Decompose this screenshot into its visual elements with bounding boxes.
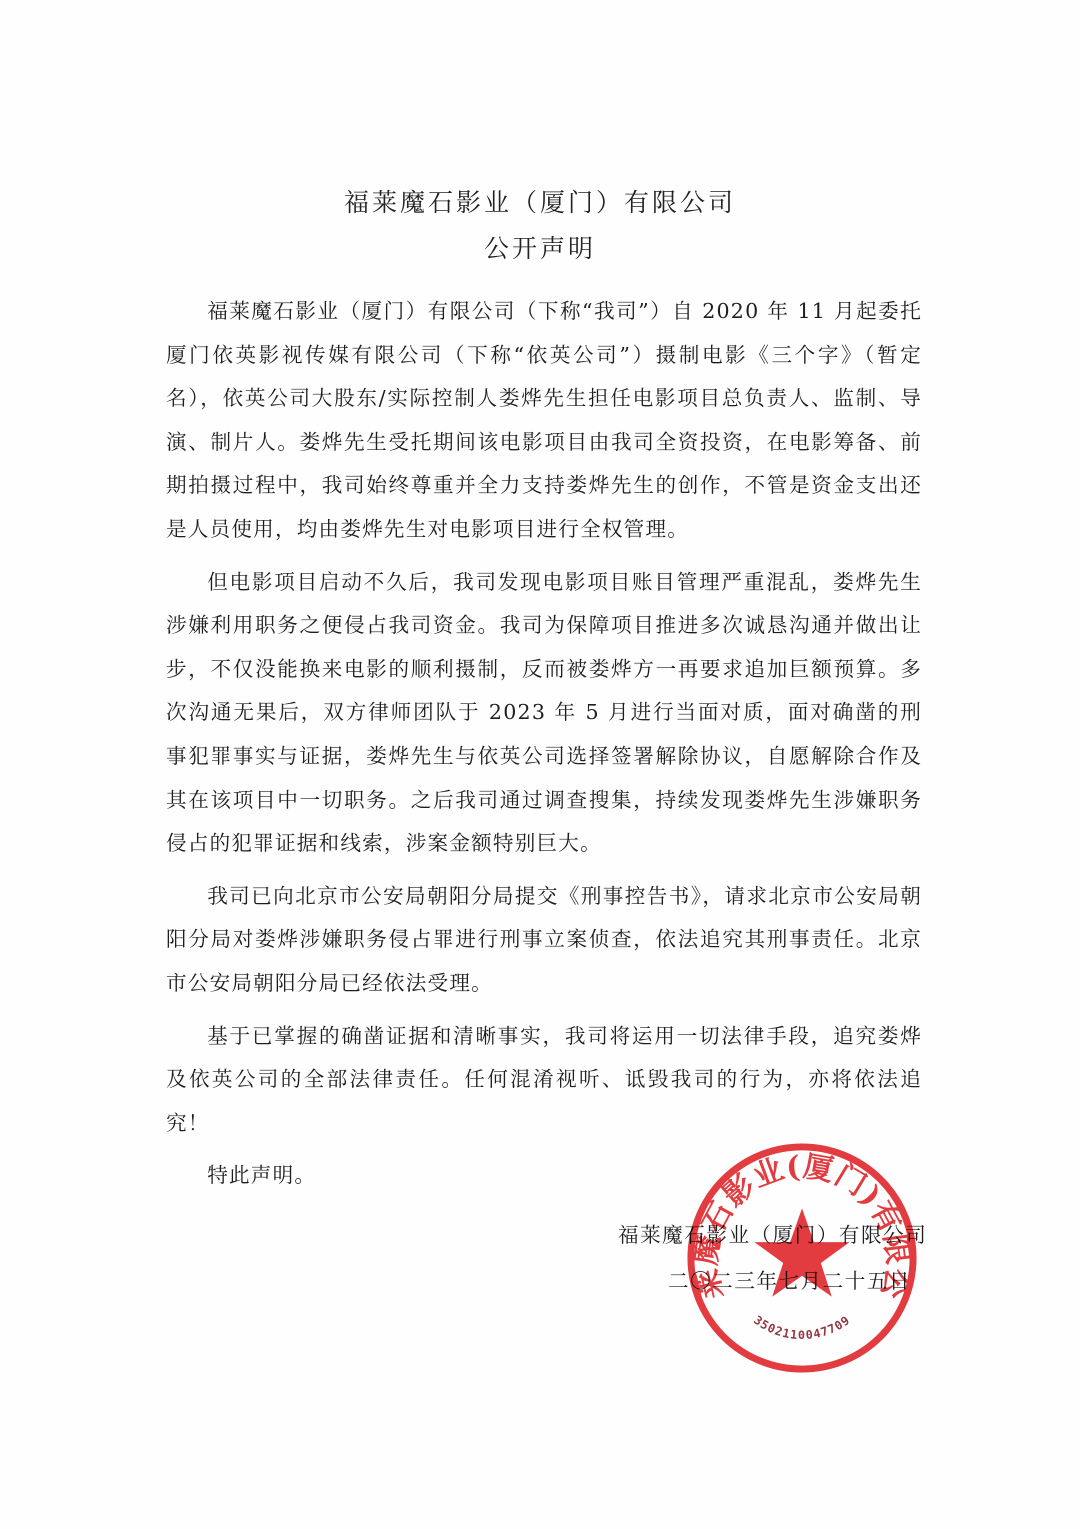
document-page: 福莱魔石影业（厦门）有限公司 公开声明 福莱魔石影业（厦门）有限公司（下称“我司… [0,0,1080,1529]
paragraph-1: 福莱魔石影业（厦门）有限公司（下称“我司”）自 2020 年 11 月起委托厦门… [166,290,922,552]
title-block: 福莱魔石影业（厦门）有限公司 公开声明 [0,180,1080,272]
company-seal-stamp: 福莱魔石影业(厦门)有限公司 3502110047709 [683,1139,921,1377]
company-title: 福莱魔石影业（厦门）有限公司 [0,180,1080,226]
svg-text:3502110047709: 3502110047709 [751,1313,853,1342]
paragraph-2: 但电影项目启动不久后，我司发现电影项目账目管理严重混乱，娄烨先生涉嫌利用职务之便… [166,561,922,866]
seal-icon: 福莱魔石影业(厦门)有限公司 3502110047709 [683,1139,921,1377]
paragraph-3: 我司已向北京市公安局朝阳分局提交《刑事控告书》，请求北京市公安局朝阳分局对娄烨涉… [166,875,922,1006]
statement-heading: 公开声明 [0,226,1080,272]
star-icon [754,1208,849,1296]
seal-serial: 3502110047709 [751,1313,853,1342]
paragraph-4: 基于已掌握的确凿证据和清晰事实，我司将运用一切法律手段，追究娄烨及依英公司的全部… [166,1015,922,1146]
statement-body: 福莱魔石影业（厦门）有限公司（下称“我司”）自 2020 年 11 月起委托厦门… [166,290,922,1207]
